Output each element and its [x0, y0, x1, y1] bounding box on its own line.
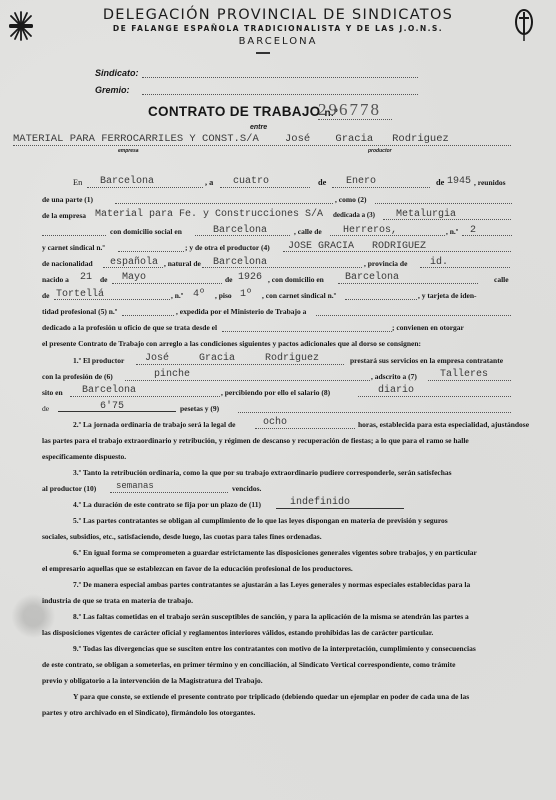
nacionalidad-label: de nacionalidad [42, 260, 93, 268]
carnet2-field[interactable] [345, 299, 417, 300]
closing-b: partes y otro archivado en el Sindicato)… [42, 709, 255, 717]
horas-line [255, 428, 355, 429]
clause8-a: 8.º Las faltas cometidas en el trabajo s… [73, 613, 469, 621]
closing-a: Y para que conste, se extiende el presen… [73, 693, 469, 701]
salario-value[interactable]: diario [378, 385, 414, 396]
como-field[interactable] [375, 203, 512, 204]
clause9-a: 9.º Todas las divergencias que se suscit… [73, 645, 476, 653]
title-text: CONTRATO DE TRABAJO [148, 104, 320, 119]
reunidos-label: , reunidos [474, 179, 506, 187]
gremio-label: Gremio: [95, 85, 130, 95]
a-label: , a [205, 179, 213, 187]
pesetas-label: pesetas y (9) [180, 405, 219, 413]
parties-empresa: MATERIAL PARA FERROCARRILES Y CONST.S/A [13, 133, 259, 145]
salario-line [358, 396, 511, 397]
adscrito-label: , adscrito a (7) [371, 373, 417, 381]
adscrito-line [428, 380, 511, 381]
clause9-b: de este contrato, se obligan a someterla… [42, 661, 455, 669]
productor-caption: productor [368, 148, 392, 154]
document-page: DELEGACIÓN PROVINCIAL DE SINDICATOS DE F… [0, 0, 556, 800]
domicilio-label: con domicilio social en [110, 228, 182, 236]
natural-label: , natural de [164, 260, 201, 268]
clause6-a: 6.º En igual forma se comprometen a guar… [73, 549, 477, 557]
header-subtitle: DE FALANGE ESPAÑOLA TRADICIONALISTA Y DE… [0, 24, 556, 33]
num2-value[interactable]: 4º [193, 289, 205, 300]
sindicato-label: Sindicato: [95, 68, 139, 78]
pesetas9-field[interactable] [238, 412, 511, 413]
en-label: En [73, 179, 82, 187]
dedicada-cont-line [42, 235, 106, 236]
year-label: de [436, 179, 444, 187]
prof-line [125, 380, 370, 381]
c3-line [110, 492, 228, 493]
de-calle-label: de [42, 292, 50, 300]
clause4-a: 4.º La duración de este contrato se fija… [73, 501, 261, 509]
convienen-label: ; convienen en otorgar [392, 324, 464, 332]
nacido-year-label: de [225, 276, 233, 284]
pesetas-value[interactable]: 6'75 [100, 401, 124, 412]
clause5-a: 5.º Las partes contratantes se obligan a… [73, 517, 448, 525]
nacido-label: nacido a [42, 276, 69, 284]
sito-line [70, 396, 220, 397]
nacido-month-line [112, 283, 222, 284]
header-rule [256, 52, 270, 54]
nacionalidad-value[interactable]: española [110, 257, 158, 268]
parties-productor: José Gracia Rodriguez [285, 133, 449, 145]
clause3-b: al productor (10) [42, 485, 96, 493]
domicilio2-line [338, 283, 478, 284]
clause1-label: 1.º El productor [73, 357, 124, 365]
horas-value[interactable]: ocho [263, 417, 287, 428]
piso-label: , piso [215, 292, 232, 300]
empresa-label: de la empresa [42, 212, 86, 220]
domicilio2-label: , con domicilio en [268, 276, 324, 284]
productor-label: ; y de otra el productor (4) [185, 244, 270, 252]
clause1-text: prestará sus servicios en la empresa con… [350, 357, 503, 365]
clause3-value[interactable]: semanas [116, 481, 154, 491]
num2-label: , n.º [171, 292, 183, 300]
adscrito-value[interactable]: Talleres [440, 369, 488, 380]
empresa-caption: empresa [118, 148, 139, 154]
provincia-value[interactable]: id. [430, 257, 448, 268]
clause2-b: horas, establecida para esta especialida… [358, 421, 529, 429]
nacido-de: de [100, 276, 108, 284]
prof-value[interactable]: pinche [154, 369, 190, 380]
clause2-c: las partes para el trabajo extraordinari… [42, 437, 469, 445]
calle-value[interactable]: Herreros, [343, 225, 397, 236]
calle-label: , calle de [294, 228, 322, 236]
sito-label: sito en [42, 389, 63, 397]
month-value[interactable]: Enero [346, 176, 376, 187]
clause4-value[interactable]: indefinido [290, 497, 350, 508]
c1-productor-line [136, 364, 344, 365]
piso-value[interactable]: 1º [240, 289, 252, 300]
clause7-a: 7.º De manera especial ambas partes cont… [73, 581, 470, 589]
carnet-label: y carnet sindical n.º [42, 244, 105, 252]
calle2-label: calle [494, 276, 509, 284]
dedicado-field[interactable] [222, 331, 392, 332]
expedida-label: , expedida por el Ministerio de Trabajo … [176, 308, 306, 316]
nacido-month[interactable]: Mayo [122, 272, 146, 283]
clause8-b: las disposiciones vigentes de carácter o… [42, 629, 433, 637]
clause3-a: 3.º Tanto la retribución ordinaria, como… [73, 469, 452, 477]
contract-number: 296778 [318, 100, 381, 120]
gremio-field[interactable] [142, 94, 418, 95]
header-city: BARCELONA [0, 36, 556, 47]
entre-label: entre [250, 124, 267, 131]
clause6-b: el empresario aquellas que se establezca… [42, 565, 353, 573]
parte1-field[interactable] [115, 203, 333, 204]
contract-number-line [318, 119, 392, 120]
carnet2-label: , con carnet sindical n.º [262, 292, 336, 300]
page-title: CONTRATO DE TRABAJO n.º [148, 104, 338, 119]
dedicado-label: dedicado a la profesión u oficio de que … [42, 324, 217, 332]
nacido-year[interactable]: 1926 [238, 272, 262, 283]
clause2-d: específicamente dispuesto. [42, 453, 126, 461]
como-label: , como (2) [335, 196, 366, 204]
tarjeta2-label: tidad profesional (5) n.º [42, 308, 117, 316]
domicilio2-value[interactable]: Barcelona [345, 272, 399, 283]
tarjeta-label: , y tarjeta de iden- [418, 292, 477, 300]
expedida-field[interactable] [316, 315, 511, 316]
domicilio-value[interactable]: Barcelona [213, 225, 267, 236]
parties-line [13, 145, 511, 146]
dedicada-value[interactable]: Metalurgia [396, 209, 456, 220]
clause7-b: industria de que se trata en materia de … [42, 597, 193, 605]
productor-value[interactable]: JOSE GRACIA RODRIGUEZ [288, 241, 426, 252]
clause1-productor[interactable]: José Gracia Rodriguez [145, 353, 319, 364]
header-title: DELEGACIÓN PROVINCIAL DE SINDICATOS [0, 7, 556, 23]
city-line [87, 187, 203, 188]
dedicada-label: dedicada a (3) [333, 212, 375, 219]
clause9-c: previo y obligatorio a la intervención d… [42, 677, 263, 685]
prof-label: con la profesión de (6) [42, 373, 113, 381]
num-value[interactable]: 2 [470, 225, 476, 236]
clause5-b: sociales, subsidios, etc., satisfaciendo… [42, 533, 322, 541]
clause2-a: 2.º La jornada ordinaria de trabajo será… [73, 421, 235, 429]
tarjeta-field[interactable] [122, 315, 174, 316]
sindicato-field[interactable] [142, 77, 418, 78]
city-value[interactable]: Barcelona [100, 176, 154, 187]
parte1-label: de una parte (1) [42, 196, 93, 204]
natural-value[interactable]: Barcelona [213, 257, 267, 268]
de-label: de [318, 179, 326, 187]
calle2-value[interactable]: Tortellá [56, 289, 104, 300]
num-label: , n.º [446, 228, 458, 236]
salario-label: , percibiendo por ello el salario (8) [221, 389, 330, 397]
clause3-c: vencidos. [232, 485, 261, 493]
sito-value[interactable]: Barcelona [82, 385, 136, 396]
c4-line [276, 508, 404, 509]
presente-text: el presente Contrato de Trabajo con arre… [42, 340, 421, 348]
provincia-label: , provincia de [364, 260, 407, 268]
de-pesetas-label: de [42, 405, 49, 413]
carnet-field[interactable] [118, 251, 184, 252]
day-line [220, 187, 310, 188]
year-value[interactable]: 1945 [447, 176, 471, 187]
day-value[interactable]: cuatro [233, 176, 269, 187]
nacido-day[interactable]: 21 [80, 272, 92, 283]
month-line [332, 187, 430, 188]
empresa-label-text: de la empresa [42, 211, 86, 220]
empresa-value[interactable]: Material para Fe. y Construcciones S/A [95, 209, 323, 220]
